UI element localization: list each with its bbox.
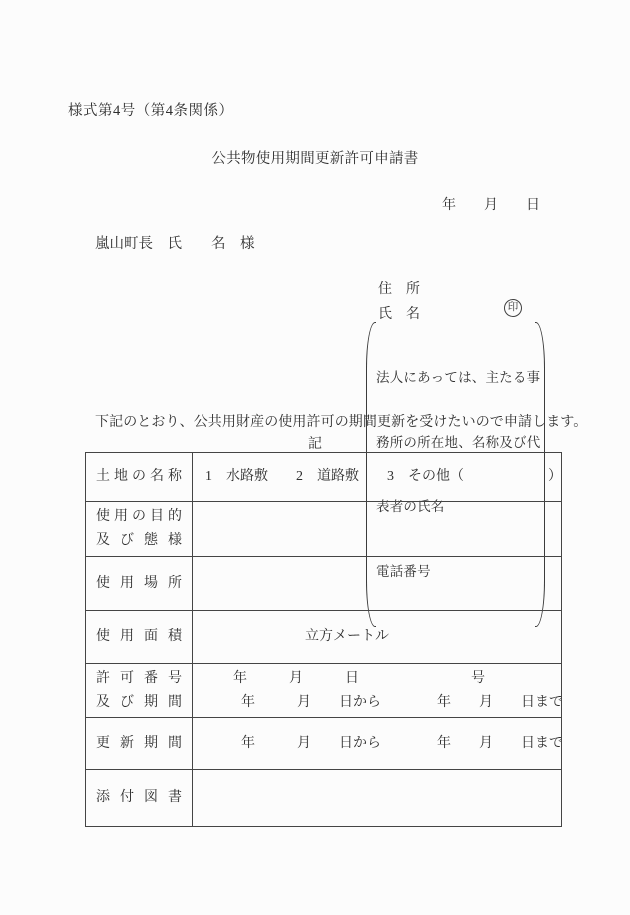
- row-content-attached-documents: [193, 770, 561, 826]
- table-row-land-name: 土地の名称 1 水路敷 2 道路敷 3 その他（ ）: [86, 453, 561, 502]
- row-label: 使用面積: [86, 611, 193, 663]
- name-label: 氏 名: [378, 303, 420, 323]
- page-title: 公共物使用期間更新許可申請書: [0, 147, 630, 168]
- application-form-page: 様式第4号（第4条関係） 公共物使用期間更新許可申請書 年 月 日 嵐山町長 氏…: [0, 0, 630, 915]
- row-content-place: [193, 557, 561, 610]
- table-row-purpose: 使用の目的 及び態様: [86, 502, 561, 557]
- row-label: 土地の名称: [86, 453, 193, 501]
- row-label: 添付図書: [86, 770, 193, 826]
- table-row-area: 使用面積 立方メートル: [86, 611, 561, 664]
- row-label: 使用場所: [86, 557, 193, 610]
- table-row-renewal-period: 更新期間 年 月 日から 年 月 日まで: [86, 718, 561, 770]
- row-label: 更新期間: [86, 718, 193, 769]
- date-line: 年 月 日: [442, 194, 540, 214]
- row-content-permit-number-period: 年 月 日 号 年 月 日から 年 月 日まで: [193, 664, 561, 717]
- row-label: 許可番号 及び期間: [86, 664, 193, 717]
- row-content-renewal-period: 年 月 日から 年 月 日まで: [193, 718, 561, 769]
- row-content-purpose: [193, 502, 561, 556]
- addressee-line: 嵐山町長 氏 名 様: [95, 232, 255, 253]
- row-content-land-name: 1 水路敷 2 道路敷 3 その他（ ）: [193, 453, 561, 501]
- table-row-place: 使用場所: [86, 557, 561, 611]
- row-content-area: 立方メートル: [193, 611, 561, 663]
- application-table: 土地の名称 1 水路敷 2 道路敷 3 その他（ ） 使用の目的 及び態様 使用…: [85, 452, 562, 827]
- row-label: 使用の目的 及び態様: [86, 502, 193, 556]
- table-row-permit-number-period: 許可番号 及び期間 年 月 日 号 年 月 日から 年 月 日まで: [86, 664, 561, 718]
- application-statement: 下記のとおり、公共用財産の使用許可の期間更新を受けたいので申請します。: [95, 411, 587, 431]
- record-heading: 記: [0, 433, 630, 453]
- form-number: 様式第4号（第4条関係）: [68, 99, 234, 120]
- table-row-attached-documents: 添付図書: [86, 770, 561, 826]
- address-label: 住 所: [378, 278, 420, 298]
- seal-stamp-icon: 印: [504, 299, 522, 317]
- corp-note-line: 法人にあっては、主たる事: [376, 367, 535, 389]
